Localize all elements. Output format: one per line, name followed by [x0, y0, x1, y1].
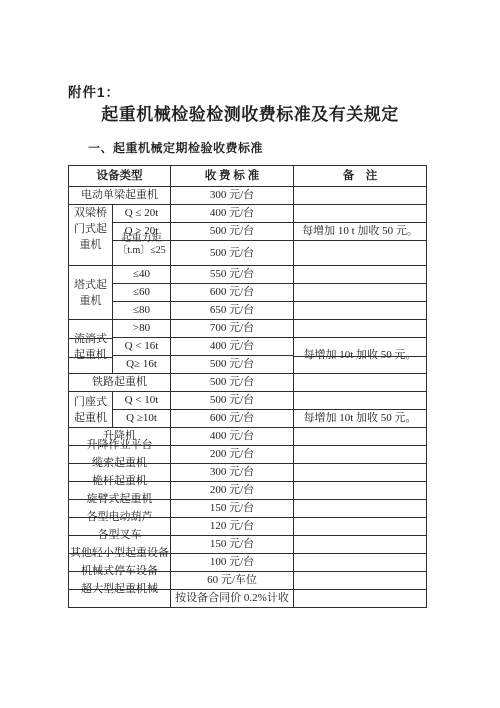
group-label-tower-crane: 塔式起 重机 [69, 266, 113, 320]
document-page: 附件1： 起重机械检验检测收费标准及有关规定 一、起重机械定期检验收费标准 设备… [0, 0, 500, 708]
capacity-condition: Q < 16t [113, 338, 171, 356]
group-label-double-girder-gantry-crane: 双梁桥 门式起 重机 [69, 205, 113, 266]
device-name: 铁路起重机 [69, 374, 171, 392]
remark-cell [294, 284, 427, 302]
remark-cell [294, 590, 427, 608]
fee-value: 300 元/台 [171, 187, 294, 205]
remark-cell [294, 500, 427, 518]
table-row: Q < 16t 400 元/台 每增加 10t 加收 50 元。 [69, 338, 427, 356]
table-row: 门座式 起重机 Q < 10t 500 元/台 [69, 392, 427, 410]
fee-value: 500 元/台 [171, 356, 294, 374]
remark-cell [294, 266, 427, 284]
fee-value: 200 元/台 [171, 446, 294, 464]
capacity-condition: ≤60 [113, 284, 171, 302]
group-label-mobile-crane: 流淌式 起重机 [69, 320, 113, 374]
capacity-condition: ≤80 [113, 302, 171, 320]
fee-standard-table: 设备类型 收 费 标 准 备 注 电动单梁起重机 300 元/台 双梁桥 门式起… [68, 165, 427, 608]
remark-cell [294, 241, 427, 266]
table-row: 起重力矩 〔t.m〕≤25 500 元/台 [69, 241, 427, 266]
fee-value: 300 元/台 [171, 464, 294, 482]
remark-cell [294, 536, 427, 554]
remark-cell [294, 464, 427, 482]
capacity-condition: Q≥ 16t [113, 356, 171, 374]
fee-header: 收 费 标 准 [171, 166, 294, 187]
fee-value: 500 元/台 [171, 241, 294, 266]
fee-value: 200 元/台 [171, 482, 294, 500]
attachment-label: 附件1： [68, 81, 120, 101]
crossing-border-line [69, 357, 112, 358]
group-label-portal-crane: 门座式 起重机 [69, 392, 113, 428]
fee-value: 400 元/台 [171, 428, 294, 446]
device-type-header: 设备类型 [69, 166, 171, 187]
table-row: ≤80 650 元/台 [69, 302, 427, 320]
fee-value: 700 元/台 [171, 320, 294, 338]
remark-cell [294, 187, 427, 205]
remark-text: 每增加 10t 加收 50 元。 [294, 410, 427, 428]
fee-value: 500 元/台 [171, 223, 294, 241]
fee-value: 500 元/台 [171, 392, 294, 410]
table-row: 双梁桥 门式起 重机 Q ≤ 20t 400 元/台 [69, 205, 427, 223]
remark-cell [294, 518, 427, 536]
device-name: 超大型起重机械 [69, 590, 171, 608]
capacity-condition: ≤40 [113, 266, 171, 284]
capacity-condition: Q ≥10t [113, 410, 171, 428]
capacity-condition: Q < 10t [113, 392, 171, 410]
remark-text: 每增加 10 t 加收 50 元。 [294, 223, 427, 241]
remark-cell [294, 205, 427, 223]
device-name: 电动单梁起重机 [69, 187, 171, 205]
load-moment-condition: 起重力矩 〔t.m〕≤25 [113, 241, 171, 266]
fee-value: 100 元/台 [171, 554, 294, 572]
table-row: 流淌式 起重机 >80 700 元/台 [69, 320, 427, 338]
fee-value: 按设备合同价 0.2%计收 [171, 590, 294, 608]
remark-text-struck: 每增加 10t 加收 50 元。 [294, 338, 427, 374]
table-row: 铁路起重机 500 元/台 [69, 374, 427, 392]
table-header-row: 设备类型 收 费 标 准 备 注 [69, 166, 427, 187]
remark-cell [294, 482, 427, 500]
remark-cell [294, 572, 427, 590]
fee-value: 120 元/台 [171, 518, 294, 536]
section-heading: 一、起重机械定期检验收费标准 [88, 139, 263, 156]
table-row: ≤60 600 元/台 [69, 284, 427, 302]
fee-value: 400 元/台 [171, 338, 294, 356]
remark-cell [294, 428, 427, 446]
table-row: 电动单梁起重机 300 元/台 [69, 187, 427, 205]
fee-value: 60 元/车位 [171, 572, 294, 590]
fee-value: 600 元/台 [171, 284, 294, 302]
fee-value: 400 元/台 [171, 205, 294, 223]
remark-cell [294, 392, 427, 410]
capacity-condition: >80 [113, 320, 171, 338]
fee-value: 150 元/台 [171, 500, 294, 518]
fee-value: 500 元/台 [171, 374, 294, 392]
table-row: Q ≥10t 600 元/台 每增加 10t 加收 50 元。 [69, 410, 427, 428]
crossing-border-line [69, 338, 112, 339]
remark-header: 备 注 [294, 166, 427, 187]
remark-cell [294, 302, 427, 320]
table-row: 塔式起 重机 ≤40 550 元/台 [69, 266, 427, 284]
table-row: 超大型起重机械 按设备合同价 0.2%计收 [69, 590, 427, 608]
fee-value: 650 元/台 [171, 302, 294, 320]
remark-cell [294, 374, 427, 392]
fee-value: 600 元/台 [171, 410, 294, 428]
remark-cell [294, 446, 427, 464]
capacity-condition: Q ≤ 20t [113, 205, 171, 223]
document-title: 起重机械检验检测收费标准及有关规定 [0, 100, 500, 125]
fee-value: 150 元/台 [171, 536, 294, 554]
remark-cell [294, 320, 427, 338]
fee-value: 550 元/台 [171, 266, 294, 284]
remark-cell [294, 554, 427, 572]
